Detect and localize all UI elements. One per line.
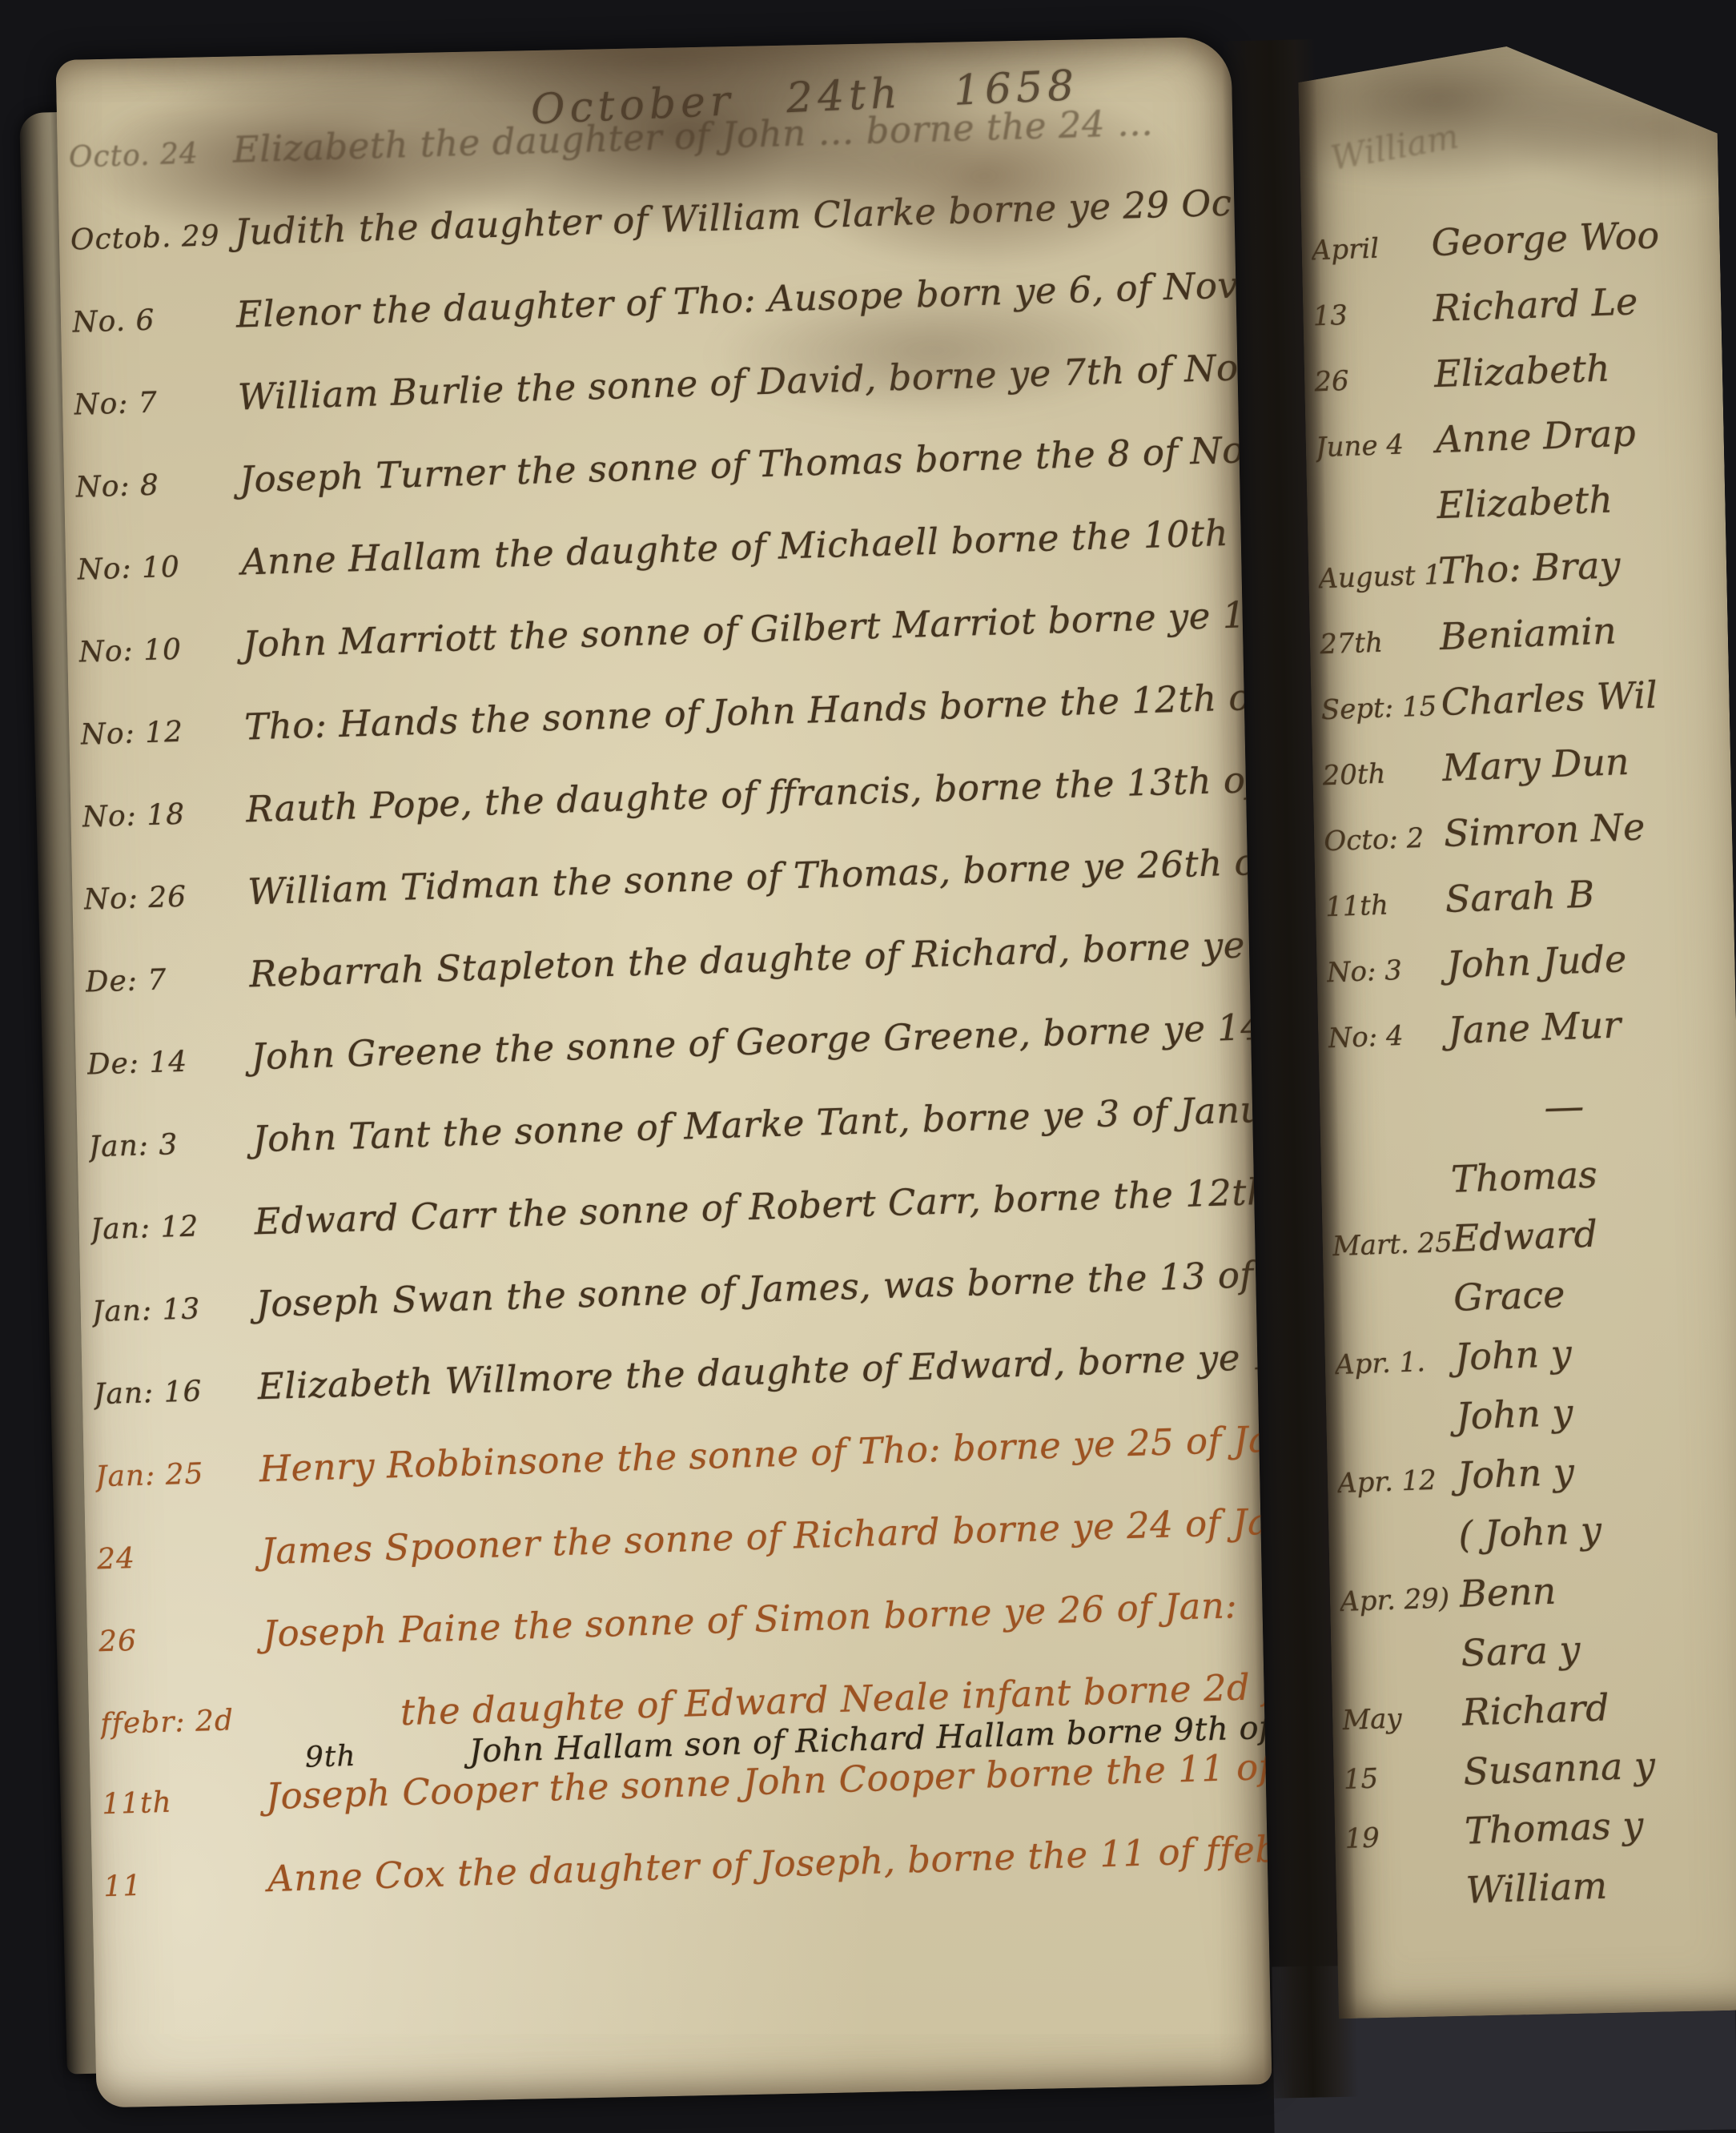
entry-date-margin: 13 <box>1312 296 1433 332</box>
entry-date-margin: De: 14 <box>86 1043 251 1081</box>
register-entry: Jan: 13 Joseph Swan the sonne of James, … <box>91 1253 1253 1328</box>
entry-text: Rauth Pope, the daughte of ffrancis, bor… <box>246 752 1272 830</box>
entry-date-margin <box>1339 1548 1459 1552</box>
entry-date-margin: No: 3 <box>1326 953 1447 989</box>
register-entry: No: 8 Joseph Turner the sonne of Thomas … <box>74 429 1236 504</box>
entry-text: Sara y <box>1461 1628 1581 1675</box>
register-entry-fragment: ( John y <box>1338 1503 1736 1554</box>
faded-top-fragment: William <box>1328 116 1461 178</box>
entry-date-margin: Apr. 12 <box>1336 1464 1457 1500</box>
entry-date-margin: June 4 <box>1315 428 1436 464</box>
register-entry-fragment: 13 Richard Le <box>1312 277 1721 328</box>
entry-date-margin <box>1425 1121 1545 1125</box>
entry-date-margin: 19 <box>1344 1819 1465 1855</box>
entry-date-margin: Apr. 29) <box>1340 1582 1461 1618</box>
register-entry: Jan: 25 Henry Robbinsone the sonne of Th… <box>94 1418 1256 1492</box>
entry-text: Sarah B <box>1445 873 1595 921</box>
register-entry: Jan: 16 Elizabeth Willmore the daughte o… <box>93 1336 1255 1410</box>
register-entry: No: 12 Tho: Hands the sonne of John Hand… <box>80 677 1242 751</box>
entry-date-margin: De: 7 <box>85 961 250 998</box>
entry-date-margin <box>1317 518 1437 522</box>
entry-date-margin: Jan: 12 <box>90 1208 255 1246</box>
entry-date-margin: 11 <box>103 1866 268 1903</box>
register-entry-fragment: August 18 Tho: Bray <box>1317 540 1726 591</box>
entry-date-margin: No: 12 <box>80 713 245 751</box>
register-entry-fragment: 26 Elizabeth <box>1313 343 1722 394</box>
entry-date-margin: ffebr: 2d <box>100 1703 265 1741</box>
register-entry-fragment: William <box>1345 1858 1736 1910</box>
entry-text: Grace <box>1453 1272 1565 1320</box>
entry-date-margin <box>1341 1666 1461 1670</box>
entry-text: Joseph Turner the sonne of Thomas borne … <box>239 426 1272 501</box>
entry-text: Edward <box>1452 1212 1598 1260</box>
entry-date-margin: Octo. 24 <box>68 137 233 175</box>
entry-text: Judith the daughter of William Clarke bo… <box>234 182 1232 254</box>
entry-text: Elizabeth <box>1437 477 1613 527</box>
entry-text: Jane Mur <box>1447 1002 1621 1052</box>
entry-date-margin: No: 7 <box>74 384 239 422</box>
entry-text: John Marriott the sonne of Gilbert Marri… <box>242 591 1272 665</box>
entry-text: Richard <box>1461 1685 1609 1733</box>
register-entry-fragment: Grace <box>1332 1266 1736 1317</box>
register-entry: Jan: 12 Edward Carr the sonne of Robert … <box>90 1171 1252 1245</box>
entry-text: James Spooner the sonne of Richard borne… <box>260 1500 1272 1573</box>
entry-date-margin: 27th <box>1319 625 1440 661</box>
entry-date-margin: 11th <box>102 1783 267 1821</box>
register-photograph: October 24th 1658 Octo. 24 Elizabeth the… <box>0 0 1736 2133</box>
left-page-entries: Octo. 24 Elizabeth the daughter of John … <box>68 110 1265 1946</box>
register-entry-fragment: Elizabeth <box>1316 474 1726 525</box>
entry-text: Susanna y <box>1463 1743 1656 1793</box>
entry-text: John y <box>1457 1450 1575 1497</box>
register-entry-fragment: 15 Susanna y <box>1343 1740 1736 1791</box>
entry-text: Henry Robbinsone the sonne of Tho: borne… <box>259 1417 1272 1490</box>
register-entry: Jan: 3 John Tant the sonne of Marke Tant… <box>88 1088 1250 1163</box>
register-entry: Octob. 29 Judith the daughter of William… <box>70 182 1232 256</box>
register-entry-fragment: May Richard <box>1341 1681 1736 1732</box>
entry-text: Elizabeth Willmore the daughte of Edward… <box>257 1331 1272 1408</box>
entry-date-margin: 15 <box>1343 1760 1464 1796</box>
entry-text: Edward Carr the sonne of Robert Carr, bo… <box>254 1167 1272 1243</box>
entry-text: — <box>1543 1083 1583 1131</box>
entry-text: Simron Ne <box>1443 805 1646 855</box>
register-entry: De: 7 Rebarrah Stapleton the daughte of … <box>85 923 1247 998</box>
entry-date-margin: No: 10 <box>77 549 242 587</box>
entry-text: Tho: Bray <box>1437 543 1621 592</box>
entry-date-margin: 9th <box>304 1737 469 1774</box>
entry-date-margin <box>1334 1311 1454 1315</box>
entry-date-margin: Mart. 25. <box>1332 1227 1453 1263</box>
register-entry-fragment: 27th Beniamin <box>1319 605 1728 657</box>
register-entry: 26 Joseph Paine the sonne of Simon borne… <box>98 1583 1260 1657</box>
left-page: October 24th 1658 Octo. 24 Elizabeth the… <box>55 37 1272 2108</box>
register-entry-fragment: Thomas <box>1330 1147 1736 1199</box>
right-page: William April George Woo 13 Richard Le 2… <box>1297 26 1736 2019</box>
register-entry-fragment: Apr. 12 John y <box>1336 1444 1736 1495</box>
entry-date-margin: April <box>1311 231 1432 267</box>
entry-date-margin: 24 <box>97 1538 262 1576</box>
entry-date-margin: Apr. 1. <box>1334 1345 1455 1381</box>
register-entry-fragment: 11th Sarah B <box>1324 867 1734 918</box>
entry-date-margin: 26 <box>1314 362 1435 398</box>
register-entry: No: 18 Rauth Pope, the daughte of ffranc… <box>82 759 1244 834</box>
entry-text: Rebarrah Stapleton the daughte of Richar… <box>249 919 1272 996</box>
entry-text: William Tidman the sonne of Thomas, born… <box>247 836 1272 914</box>
entry-text: Elizabeth <box>1433 347 1610 396</box>
register-entry: No: 10 John Marriott the sonne of Gilber… <box>78 594 1240 669</box>
register-entry-fragment: John y <box>1335 1384 1736 1436</box>
register-entry-fragment: 19 Thomas y <box>1344 1799 1736 1850</box>
entry-text: George Woo <box>1431 213 1660 264</box>
register-entry: No. 6 Elenor the daughter of Tho: Ausope… <box>71 264 1233 339</box>
entry-text: William Burlie the sonne of David, borne… <box>237 344 1272 419</box>
register-entry-fragment: No: 3 John Jude <box>1326 933 1735 984</box>
entry-text: Anne Hallam the daughte of Michaell born… <box>240 508 1272 583</box>
entry-text: Joseph Swan the sonne of James, was born… <box>255 1251 1272 1325</box>
entry-text: Beniamin <box>1439 609 1617 658</box>
entry-date-margin: Octob. 29 <box>70 219 235 257</box>
entry-date-margin: No: 26 <box>83 878 248 916</box>
entry-date-margin <box>1346 1903 1466 1907</box>
entry-date-margin: Sept: 15 <box>1320 690 1441 726</box>
entry-date-margin: May <box>1342 1701 1463 1737</box>
register-entry-fragment: Apr. 29) Benn <box>1339 1562 1736 1613</box>
entry-text: Tho: Hands the sonne of John Hands borne… <box>243 673 1272 748</box>
entry-date-margin: 11th <box>1324 887 1445 923</box>
register-entry-fragment: June 4 Anne Drap <box>1315 408 1724 460</box>
entry-date-margin <box>1332 1192 1452 1196</box>
entry-date-margin: No: 18 <box>82 796 247 834</box>
entry-text: John Greene the sonne of George Greene, … <box>251 999 1272 1078</box>
entry-date-margin: Jan: 16 <box>93 1373 258 1411</box>
register-entry: No: 7 William Burlie the sonne of David,… <box>73 347 1235 421</box>
entry-date-margin: Jan: 13 <box>91 1291 256 1328</box>
register-entry-fragment: Sept: 15 Charles Wil <box>1320 671 1730 722</box>
entry-date-margin: Jan: 3 <box>88 1126 253 1163</box>
entry-text: Charles Wil <box>1441 673 1658 724</box>
register-entry-fragment: Octo: 2 Simron Ne <box>1323 801 1732 853</box>
entry-text: John y <box>1454 1332 1573 1379</box>
entry-date-margin: 26 <box>98 1621 263 1658</box>
entry-text: Joseph Paine the sonne of Simon borne ye… <box>262 1584 1238 1655</box>
register-entry-fragment: No: 4 Jane Mur <box>1327 998 1736 1050</box>
entry-text: Thomas y <box>1464 1803 1644 1853</box>
register-entry: No: 10 Anne Hallam the daughte of Michae… <box>76 512 1238 586</box>
right-page-entries: April George Woo 13 Richard Le 26 Elizab… <box>1311 217 1736 1932</box>
entry-date-margin: No. 6 <box>72 302 237 339</box>
entry-text: Richard Le <box>1432 279 1638 330</box>
entry-text: John Jude <box>1446 937 1627 986</box>
register-entry: 11 Anne Cox the daughter of Joseph, born… <box>102 1828 1264 1902</box>
register-entry: No: 26 William Tidman the sonne of Thoma… <box>83 841 1245 915</box>
entry-text: Anne Drap <box>1435 411 1637 461</box>
register-entry-fragment: April George Woo <box>1311 211 1720 263</box>
entry-text: Benn <box>1459 1569 1557 1616</box>
register-entry: 24 James Spooner the sonne of Richard bo… <box>96 1500 1258 1575</box>
register-entry-fragment: 20th Mary Dun <box>1322 737 1731 788</box>
register-entry-fragment: — <box>1328 1077 1736 1128</box>
entry-date-margin <box>1336 1429 1457 1433</box>
entry-text: Anne Cox the daughter of Joseph, borne t… <box>267 1827 1272 1900</box>
entry-date-margin: 20th <box>1322 756 1443 792</box>
entry-date-margin: No: 10 <box>78 631 243 669</box>
entry-date-margin: Jan: 25 <box>94 1456 259 1493</box>
entry-date-margin: No: 4 <box>1328 1018 1449 1054</box>
entry-text: Elenor the daughter of Tho: Ausope born … <box>235 262 1272 335</box>
register-entry-fragment: Sara y <box>1340 1621 1736 1673</box>
entry-text: John Tant the sonne of Marke Tant, borne… <box>252 1087 1272 1160</box>
entry-text: William <box>1465 1864 1608 1912</box>
entry-date-margin: No: 8 <box>75 467 240 504</box>
entry-date-margin: Octo: 2 <box>1324 821 1445 858</box>
entry-text: John y <box>1455 1391 1573 1438</box>
register-entry: De: 14 John Greene the sonne of George G… <box>86 1006 1248 1080</box>
entry-date-margin: August 18 <box>1318 559 1439 595</box>
entry-text: Mary Dun <box>1441 740 1630 789</box>
register-entry-fragment: Apr. 1. John y <box>1334 1325 1736 1376</box>
register-entry-fragment: Mart. 25. Edward <box>1332 1207 1736 1258</box>
entry-text: ( John y <box>1457 1508 1601 1557</box>
entry-text: Thomas <box>1450 1153 1597 1201</box>
